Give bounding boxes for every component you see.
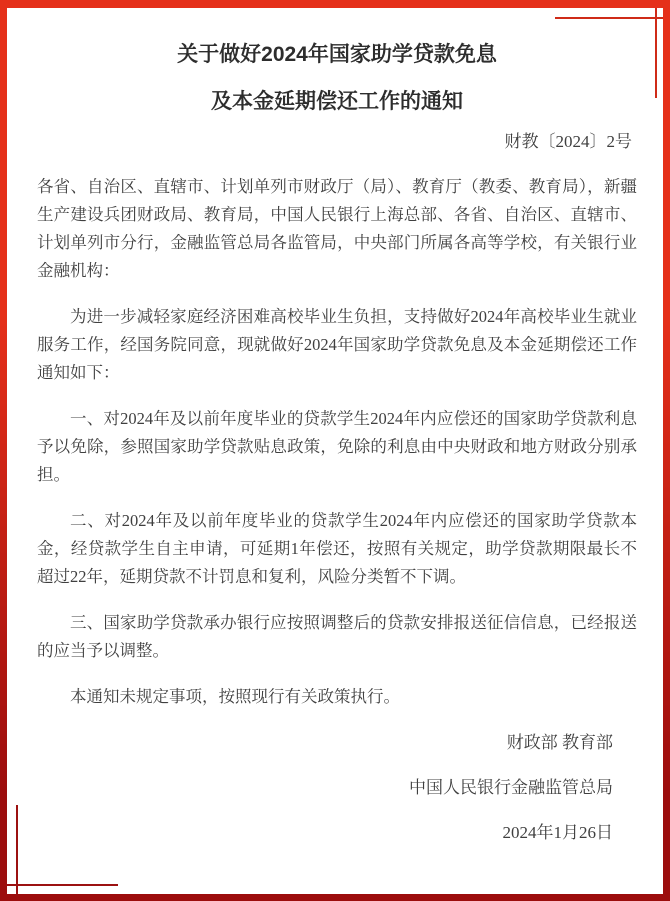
document-body: 各省、自治区、直辖市、计划单列市财政厅（局）、教育厅（教委、教育局），新疆生产建… bbox=[37, 173, 637, 711]
decorative-line-bottom-left-horizontal bbox=[7, 884, 118, 886]
paragraph-item-1: 一、对2024年及以前年度毕业的贷款学生2024年内应偿还的国家助学贷款利息予以… bbox=[37, 405, 637, 489]
signature-issuers: 财政部 教育部 bbox=[37, 729, 613, 757]
paragraph-intro: 为进一步减轻家庭经济困难高校毕业生负担，支持做好2024年高校毕业生就业服务工作… bbox=[37, 303, 637, 387]
page-border-bottom bbox=[0, 894, 670, 901]
document-number: 财教〔2024〕2号 bbox=[37, 128, 637, 156]
signature-issuer-secondary: 中国人民银行金融监管总局 bbox=[37, 774, 613, 802]
document-title: 关于做好2024年国家助学贷款免息 及本金延期偿还工作的通知 bbox=[37, 41, 637, 116]
title-line-2: 及本金延期偿还工作的通知 bbox=[37, 88, 637, 116]
paragraph-item-3: 三、国家助学贷款承办银行应按照调整后的贷款安排报送征信信息，已经报送的应当予以调… bbox=[37, 609, 637, 665]
document-page: 关于做好2024年国家助学贷款免息 及本金延期偿还工作的通知 财教〔2024〕2… bbox=[0, 0, 670, 901]
signature-date: 2024年1月26日 bbox=[37, 819, 613, 847]
signature-block: 财政部 教育部 中国人民银行金融监管总局 2024年1月26日 bbox=[37, 729, 637, 847]
document-content: 关于做好2024年国家助学贷款免息 及本金延期偿还工作的通知 财教〔2024〕2… bbox=[0, 0, 670, 864]
paragraph-closing: 本通知未规定事项，按照现行有关政策执行。 bbox=[37, 683, 637, 711]
paragraph-item-2: 二、对2024年及以前年度毕业的贷款学生2024年内应偿还的国家助学贷款本金，经… bbox=[37, 507, 637, 591]
title-line-1: 关于做好2024年国家助学贷款免息 bbox=[37, 41, 637, 69]
paragraph-addressees: 各省、自治区、直辖市、计划单列市财政厅（局）、教育厅（教委、教育局），新疆生产建… bbox=[37, 173, 637, 285]
